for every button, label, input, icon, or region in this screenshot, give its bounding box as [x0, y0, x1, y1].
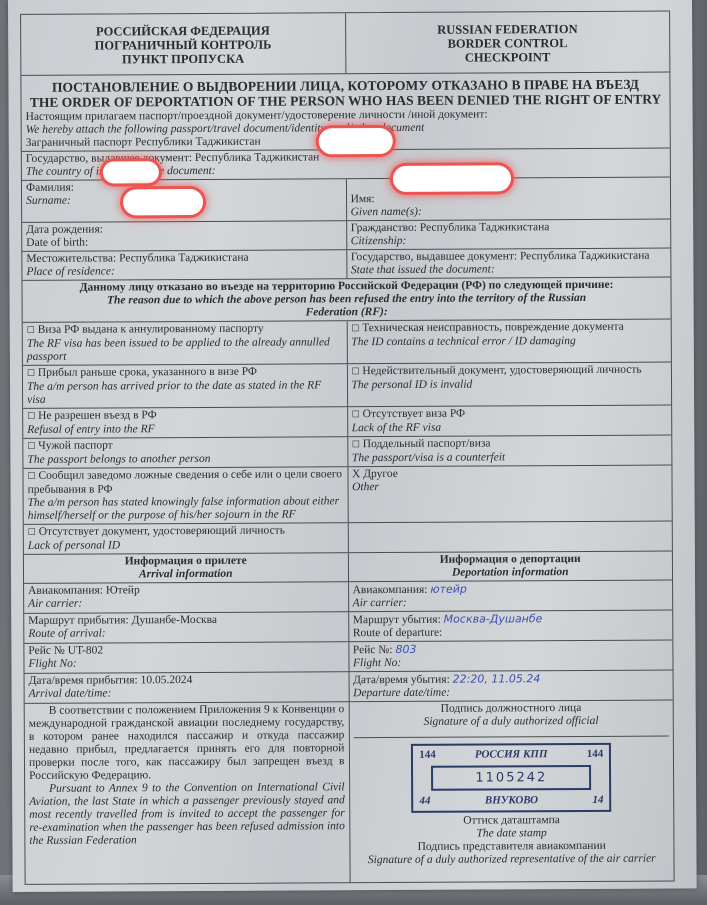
reason-label: Не разрешен въезд в РФ — [38, 409, 157, 422]
reason-label: Отсутствует документ, удостоверяющий лич… — [39, 525, 285, 538]
dob-row: Дата рождения: Date of birth: Гражданств… — [22, 220, 670, 252]
handwritten-value: 803 — [395, 643, 416, 656]
document-title: ПОСТАНОВЛЕНИЕ О ВЫДВОРЕНИИ ЛИЦА, КОТОРОМ… — [21, 73, 669, 110]
route-row: Маршрут прибытия: Душанбе-Москва Route o… — [24, 611, 672, 644]
dob-label-en: Date of birth: — [26, 235, 342, 250]
reason-label: Виза РФ выдана к аннулированному паспорт… — [38, 323, 264, 336]
value: Республика Таджикистана — [420, 221, 550, 234]
checkbox-icon[interactable]: ☐ — [351, 367, 359, 377]
reason-row: ☐ Отсутствует документ, удостоверяющий л… — [24, 522, 672, 555]
arrival-date: Дата/время прибытия: 10.05.2024 Arrival … — [25, 672, 350, 703]
reason-label-en: The passport/visa is a counterfeit — [352, 451, 668, 466]
reason-label: Чужой паспорт — [38, 439, 112, 451]
label-en: Air carrier: — [353, 596, 669, 611]
date-row: Дата/время прибытия: 10.05.2024 Arrival … — [25, 671, 673, 704]
header-en: RUSSIAN FEDERATION BORDER CONTROL CHECKP… — [346, 12, 670, 74]
checkbox-icon[interactable]: ☐ — [28, 528, 36, 538]
checkbox-icon[interactable]: ☐ — [27, 326, 35, 336]
stamp-text: РОССИЯ КПП — [475, 748, 548, 761]
reason-label-en: The a/m person has stated knowingly fals… — [28, 495, 344, 523]
reason-heading: Данному лицу отказано во въезде на терри… — [22, 278, 670, 323]
label: Авиакомпания: — [28, 585, 103, 597]
stamp-text: 144 — [587, 748, 604, 761]
value: 10.05.2024 — [141, 674, 193, 686]
checkbox-icon[interactable]: ☐ — [352, 410, 360, 420]
label-en: State that issued the document: — [351, 263, 667, 278]
label: Государство, выдавшее документ: — [351, 250, 517, 263]
value: Ютейр — [106, 584, 140, 596]
label-en: Citizenship: — [351, 234, 667, 249]
reason-label-en: The ID contains a technical error / ID d… — [351, 335, 667, 350]
handwritten-value: 22:20, 11.05.24 — [453, 672, 541, 685]
label: Местожительства: — [26, 252, 116, 264]
deportation-flight: Рейс №: 803 Flight No: — [349, 641, 673, 672]
reason-option[interactable]: ☐ Сообщил заведомо ложные сведения о себ… — [23, 467, 348, 524]
label: Гражданство: — [351, 222, 417, 234]
arrival-heading: Информация о прилете Arrival information — [24, 553, 349, 583]
checkbox-icon[interactable]: ☐ — [27, 472, 35, 482]
annex-text: В соответствии с положением Приложения 9… — [25, 702, 350, 884]
dob-field: Дата рождения: Date of birth: — [22, 221, 347, 251]
header-ru: РОССИЙСКАЯ ФЕДЕРАЦИЯ ПОГРАНИЧНЫЙ КОНТРОЛ… — [21, 13, 346, 75]
reason-label: Отсутствует виза РФ — [363, 408, 466, 421]
signature-line — [353, 736, 669, 739]
reason-label: Техническая неисправность, повреждение д… — [362, 321, 624, 334]
reason-option[interactable]: ☐ Виза РФ выдана к аннулированному паспо… — [23, 321, 348, 365]
empty-cell — [348, 522, 672, 553]
reason-label-en: The RF visa has been issued to be applie… — [27, 336, 343, 364]
checkbox-icon[interactable]: ☐ — [27, 442, 35, 452]
deportation-carrier: Авиакомпания: ютейр Air carrier: — [349, 581, 673, 612]
label: Авиакомпания: — [353, 584, 428, 596]
annex-ru: В соответствии с положением Приложения 9… — [29, 703, 345, 783]
redaction-mark — [393, 165, 511, 192]
arrival-title-en: Arrival information — [28, 567, 344, 582]
reason-options: ☐ Виза РФ выдана к аннулированному паспо… — [23, 320, 672, 555]
reason-row: ☐ Виза РФ выдана к аннулированному паспо… — [23, 320, 671, 366]
reason-option[interactable]: ☐ Не разрешен въезд в РФRefusal of entry… — [23, 407, 348, 438]
label: Маршрут прибытия: — [28, 614, 129, 627]
stamp-text: 14 — [592, 794, 603, 807]
citizenship-field: Гражданство: Республика Таджикистана Cit… — [347, 220, 671, 250]
stamp-date: 1105242 — [431, 765, 591, 791]
residence-row: Местожительства: Республика Таджикистана… — [22, 249, 670, 281]
reason-option[interactable]: ☐ Отсутствует виза РФLack of the RF visa — [348, 406, 672, 437]
reason-en: The reason due to which the above person… — [27, 292, 667, 321]
reason-row: ☐ Не разрешен въезд в РФRefusal of entry… — [23, 406, 671, 439]
value: UT-802 — [68, 645, 103, 657]
reason-label: Сообщил заведомо ложные сведения о себе … — [28, 468, 343, 496]
signature-area: Подпись должностного лица Signature of a… — [349, 701, 673, 883]
deportation-order-document: РОССИЙСКАЯ ФЕДЕРАЦИЯ ПОГРАНИЧНЫЙ КОНТРОЛ… — [8, 0, 697, 892]
reason-option[interactable]: ☐ Чужой паспортThe passport belongs to a… — [23, 437, 348, 468]
label-en: Route of arrival: — [28, 626, 344, 641]
carrier-signature-label-en: Signature of a duly authorized represent… — [354, 853, 670, 868]
reason-label: Недействительный документ, удостоверяющи… — [362, 364, 641, 377]
reason-row: ☐ Прибыл раньше срока, указанного в визе… — [23, 363, 671, 409]
reason-label-en: Refusal of entry into the RF — [27, 422, 343, 437]
state-issued-field: Государство, выдавшее документ: Республи… — [347, 249, 671, 279]
arrival-flight: Рейс № UT-802 Flight No: — [24, 642, 349, 673]
label-en: Departure date/time: — [353, 686, 669, 701]
reason-label: Поддельный паспорт/виза — [363, 437, 491, 450]
deportation-heading: Информация о депортации Deportation info… — [348, 552, 672, 582]
value: Республика Таджикистана — [520, 250, 650, 263]
stamp-text: ВНУКОВО — [485, 794, 538, 807]
label: Рейс №: — [353, 644, 393, 656]
reason-option[interactable]: ☐ Отсутствует документ, удостоверяющий л… — [24, 523, 349, 554]
redaction-mark — [319, 128, 393, 154]
carrier-row: Авиакомпания: Ютейр Air carrier: Авиаком… — [24, 581, 672, 614]
reason-option[interactable]: ☐ Недействительный документ, удостоверяю… — [347, 363, 671, 407]
label: Дата/время убытия: — [353, 674, 450, 687]
annex-en: Pursuant to Annex 9 to the Convention on… — [29, 781, 345, 848]
stamp-text: 144 — [419, 749, 436, 762]
header-ru-line: ПУНКТ ПРОПУСКА — [21, 51, 345, 67]
deportation-route: Маршрут убытия: Москва-Душанбе Route of … — [349, 611, 673, 642]
reason-label: Другое — [363, 468, 398, 480]
deportation-date: Дата/время убытия: 22:20, 11.05.24 Depar… — [349, 671, 673, 702]
checkbox-icon[interactable]: ☐ — [27, 369, 35, 379]
given-name-label-en: Given name(s): — [351, 205, 667, 220]
label: Дата/время прибытия: — [29, 674, 138, 687]
residence-field: Местожительства: Республика Таджикистана… — [22, 250, 347, 280]
info-headings-row: Информация о прилете Arrival information… — [24, 552, 672, 584]
redaction-mark — [123, 189, 203, 215]
deportation-title-en: Deportation information — [352, 566, 668, 581]
reason-label: Прибыл раньше срока, указанного в визе Р… — [38, 366, 257, 379]
reason-row: ☐ Сообщил заведомо ложные сведения о себ… — [23, 466, 671, 525]
reason-option[interactable]: X ДругоеOther — [348, 466, 672, 523]
checkbox-icon[interactable]: ☐ — [27, 412, 35, 422]
reason-option[interactable]: ☐ Техническая неисправность, повреждение… — [347, 320, 671, 364]
handwritten-value: Москва-Душанбе — [444, 612, 543, 626]
arrival-route: Маршрут прибытия: Душанбе-Москва Route o… — [24, 612, 349, 643]
reason-option[interactable]: ☐ Поддельный паспорт/визаThe passport/vi… — [348, 436, 672, 467]
checkbox-icon[interactable]: ☐ — [352, 440, 360, 450]
checked-box-icon[interactable]: X — [352, 468, 360, 480]
checkbox-icon[interactable]: ☐ — [351, 324, 359, 334]
reason-label-en: Lack of the RF visa — [352, 421, 668, 436]
header-en-line: CHECKPOINT — [346, 50, 670, 66]
value: Душанбе-Москва — [132, 614, 217, 626]
reason-option[interactable]: ☐ Прибыл раньше срока, указанного в визе… — [23, 364, 348, 408]
label-en: Route of departure: — [353, 626, 669, 641]
official-signature-label-en: Signature of a duly authorized official — [353, 715, 669, 730]
reason-label-en: The a/m person has arrived prior to the … — [27, 379, 343, 407]
flight-row: Рейс № UT-802 Flight No: Рейс №: 803 Fli… — [24, 641, 672, 674]
reason-row: ☐ Чужой паспортThe passport belongs to a… — [23, 436, 671, 469]
reason-label-en: Other — [352, 480, 668, 495]
label-en: Air carrier: — [28, 596, 344, 611]
date-stamp: 144РОССИЯ КПП144 1105242 44ВНУКОВО14 — [411, 743, 611, 813]
label: Рейс № — [28, 645, 65, 657]
surname-row: Фамилия: Surname: Имя: Given name(s): — [22, 178, 670, 223]
label-en: Flight No: — [353, 656, 669, 671]
header-row: РОССИЙСКАЯ ФЕДЕРАЦИЯ ПОГРАНИЧНЫЙ КОНТРОЛ… — [21, 12, 669, 76]
value: Республика Таджикистана — [119, 252, 249, 265]
redaction-mark — [103, 161, 159, 183]
label-en: Place of residence: — [26, 264, 342, 279]
annex-signature-row: В соответствии с положением Приложения 9… — [25, 701, 674, 884]
value: Республика Таджикистан — [195, 151, 319, 164]
reason-label-en: Lack of personal ID — [28, 538, 344, 553]
handwritten-value: ютейр — [430, 583, 467, 596]
stamp-text: 44 — [419, 795, 430, 808]
reason-label-en: The personal ID is invalid — [351, 378, 667, 393]
label: Маршрут убытия: — [353, 614, 441, 626]
label-en: Arrival date/time: — [29, 686, 345, 701]
label-en: Flight No: — [28, 656, 344, 671]
reason-label-en: The passport belongs to another person — [27, 452, 343, 467]
arrival-carrier: Авиакомпания: Ютейр Air carrier: — [24, 582, 349, 613]
